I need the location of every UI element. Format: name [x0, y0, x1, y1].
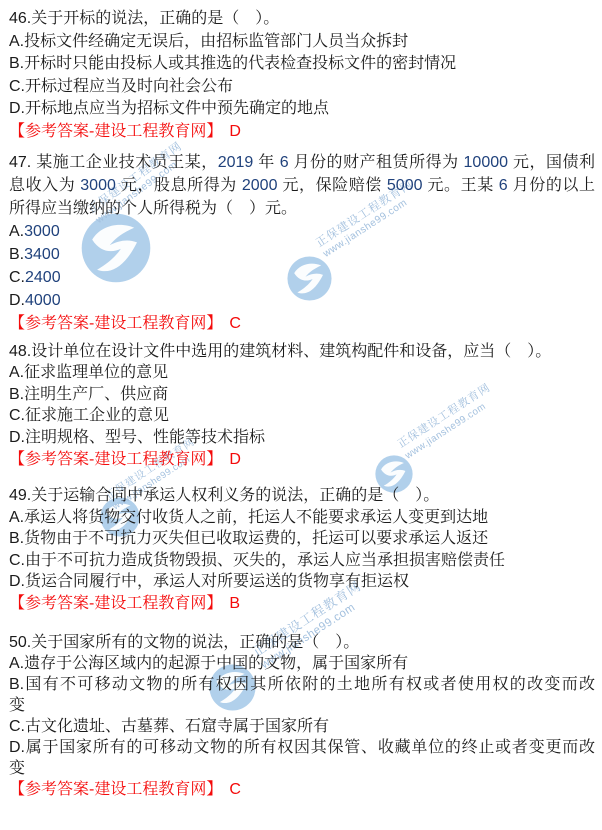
question-50-answer-line: 【参考答案-建设工程教育网】C — [9, 779, 595, 800]
question-47-stem-line-2: 息收入为 3000 元，股息所得为 2000 元，保险赔偿 5000 元。王某 … — [9, 174, 595, 197]
question-46-option-a: A.投标文件经确定无误后，由招标监管部门人员当众拆封 — [9, 31, 595, 54]
question-48-option-b: B.注明生产厂、供应商 — [9, 384, 595, 406]
question-48-option-a: A.征求监理单位的意见 — [9, 362, 595, 384]
answer-letter: C — [229, 315, 241, 332]
exam-document: 46.关于开标的说法，正确的是（ ）。 A.投标文件经确定无误后，由招标监管部门… — [0, 0, 602, 800]
answer-letter: D — [229, 123, 241, 140]
question-46: 46.关于开标的说法，正确的是（ ）。 A.投标文件经确定无误后，由招标监管部门… — [9, 8, 595, 144]
question-47-stem-line-1: 47. 某施工企业技术员王某，2019 年 6 月份的财产租赁所得为 10000… — [9, 151, 595, 174]
question-50-option-b-cont: 变 — [9, 695, 595, 716]
answer-letter: D — [229, 451, 241, 468]
question-48-option-c: C.征求施工企业的意见 — [9, 405, 595, 427]
question-47-answer-line: 【参考答案-建设工程教育网】C — [9, 312, 595, 335]
answer-source-label: 【参考答案-建设工程教育网】 — [9, 781, 222, 798]
question-46-answer-line: 【参考答案-建设工程教育网】D — [9, 121, 595, 144]
question-50-option-d-cont: 变 — [9, 758, 595, 779]
answer-source-label: 【参考答案-建设工程教育网】 — [9, 123, 222, 140]
question-49-stem: 49.关于运输合同中承运人权利义务的说法，正确的是（ ）。 — [9, 485, 595, 507]
question-50-option-c: C.古文化遗址、古墓葬、石窟寺属于国家所有 — [9, 716, 595, 737]
question-49-answer-line: 【参考答案-建设工程教育网】B — [9, 593, 595, 615]
question-46-option-b: B.开标时只能由投标人或其推选的代表检查投标文件的密封情况 — [9, 53, 595, 76]
question-46-option-c: C.开标过程应当及时向社会公布 — [9, 76, 595, 99]
answer-source-label: 【参考答案-建设工程教育网】 — [9, 595, 222, 612]
question-48-option-d: D.注明规格、型号、性能等技术指标 — [9, 427, 595, 449]
question-48-answer-line: 【参考答案-建设工程教育网】D — [9, 449, 595, 471]
question-50-option-a: A.遗存于公海区域内的起源于中国的文物，属于国家所有 — [9, 653, 595, 674]
question-50-option-b: B.国有不可移动文物的所有权因其所依附的土地所有权或者使用权的改变而改 — [9, 674, 595, 695]
question-47-option-d: D.4000 — [9, 289, 595, 312]
question-47-option-a: A.3000 — [9, 220, 595, 243]
answer-source-label: 【参考答案-建设工程教育网】 — [9, 315, 222, 332]
question-47-option-c: C.2400 — [9, 266, 595, 289]
question-49-option-d: D.货运合同履行中，承运人对所要运送的货物享有拒运权 — [9, 571, 595, 593]
answer-source-label: 【参考答案-建设工程教育网】 — [9, 451, 222, 468]
question-50-option-d: D.属于国家所有的可移动文物的所有权因其保管、收藏单位的终止或者变更而改 — [9, 737, 595, 758]
question-50: 50.关于国家所有的文物的说法，正确的是（ ）。 A.遗存于公海区域内的起源于中… — [9, 632, 595, 800]
answer-letter: B — [229, 595, 240, 612]
question-46-option-d: D.开标地点应当为招标文件中预先确定的地点 — [9, 98, 595, 121]
question-50-stem: 50.关于国家所有的文物的说法，正确的是（ ）。 — [9, 632, 595, 653]
question-48-stem: 48.设计单位在设计文件中选用的建筑材料、建筑构配件和设备，应当（ ）。 — [9, 341, 595, 363]
question-47-option-b: B.3400 — [9, 243, 595, 266]
question-49-option-b: B.货物由于不可抗力灭失但已收取运费的，托运可以要求承运人返还 — [9, 528, 595, 550]
question-49-option-c: C.由于不可抗力造成货物毁损、灭失的，承运人应当承担损害赔偿责任 — [9, 550, 595, 572]
question-47: 47. 某施工企业技术员王某，2019 年 6 月份的财产租赁所得为 10000… — [9, 151, 595, 335]
question-49: 49.关于运输合同中承运人权利义务的说法，正确的是（ ）。 A.承运人将货物交付… — [9, 485, 595, 614]
answer-letter: C — [229, 781, 241, 798]
question-47-stem-line-3: 所得应当缴纳的个人所得税为（ ）元。 — [9, 197, 595, 220]
question-49-option-a: A.承运人将货物交付收货人之前，托运人不能要求承运人变更到达地 — [9, 507, 595, 529]
question-46-stem: 46.关于开标的说法，正确的是（ ）。 — [9, 8, 595, 31]
question-48: 48.设计单位在设计文件中选用的建筑材料、建筑构配件和设备，应当（ ）。 A.征… — [9, 341, 595, 471]
